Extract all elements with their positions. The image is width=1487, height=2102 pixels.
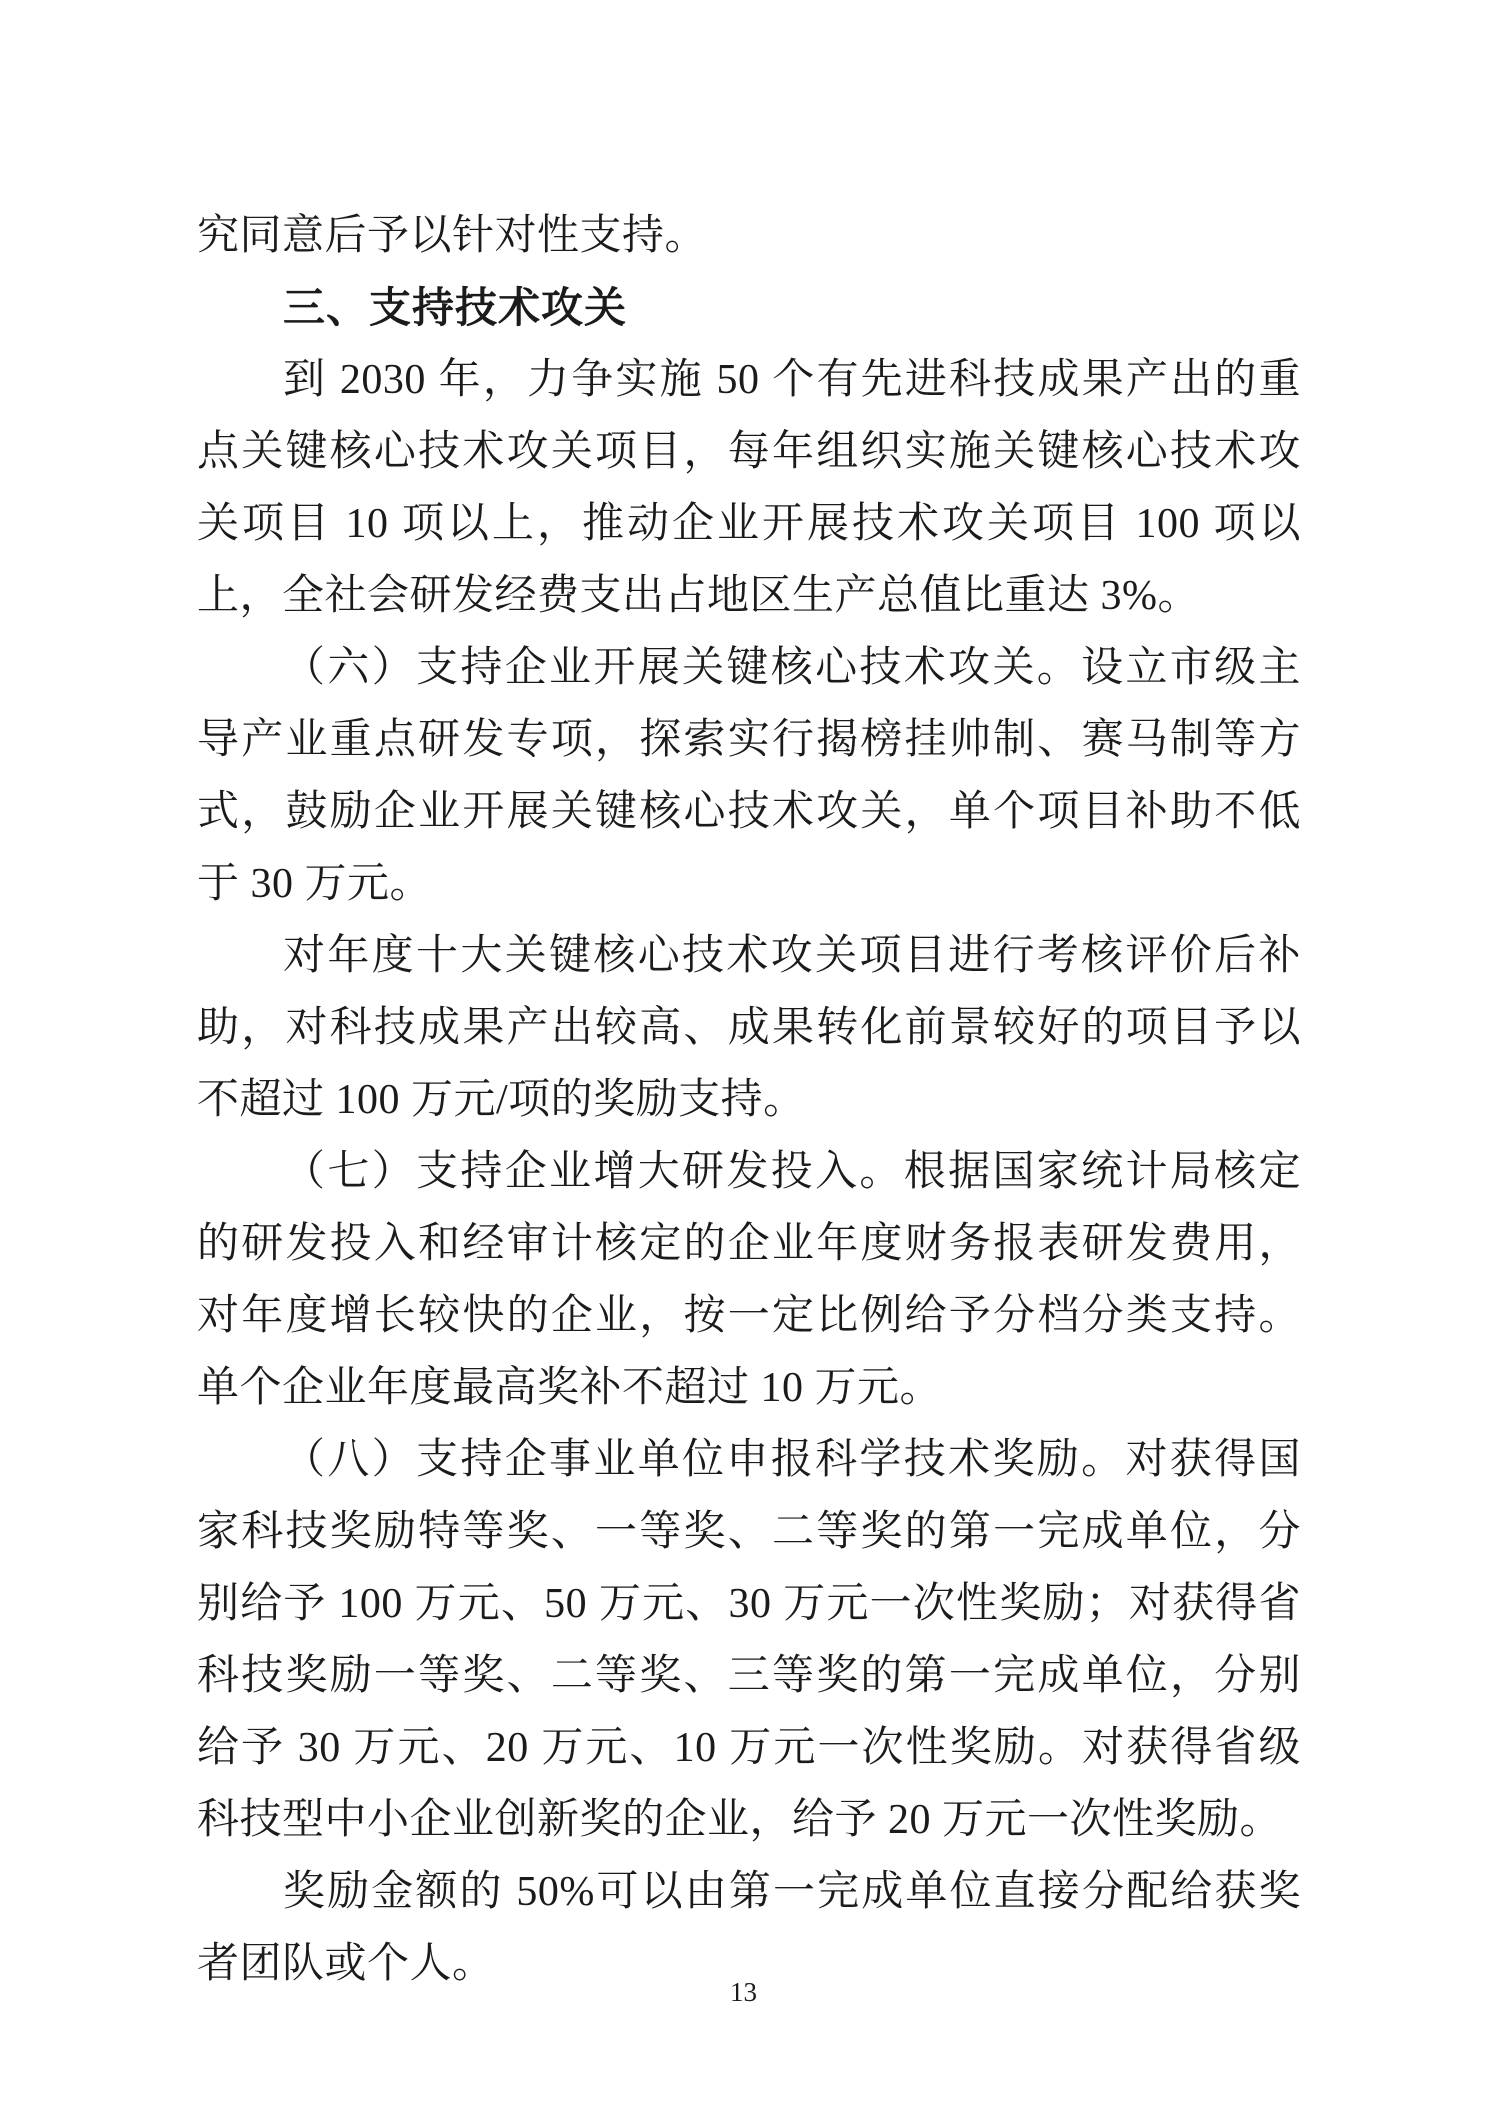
paragraph-item-8: （八）支持企事业单位申报科学技术奖励。对获得国家科技奖励特等奖、一等奖、二等奖的… (197, 1424, 1301, 1856)
paragraph-item-7: （七）支持企业增大研发投入。根据国家统计局核定的研发投入和经审计核定的企业年度财… (197, 1136, 1301, 1424)
paragraph-top10-projects: 对年度十大关键核心技术攻关项目进行考核评价后补助，对科技成果产出较高、成果转化前… (197, 920, 1301, 1136)
continuation-paragraph: 究同意后予以针对性支持。 (197, 200, 1301, 272)
document-body: 究同意后予以针对性支持。 三、支持技术攻关 到 2030 年，力争实施 50 个… (197, 200, 1301, 2000)
document-page: 究同意后予以针对性支持。 三、支持技术攻关 到 2030 年，力争实施 50 个… (0, 0, 1487, 2102)
paragraph-goal-2030: 到 2030 年，力争实施 50 个有先进科技成果产出的重点关键核心技术攻关项目… (197, 344, 1301, 632)
paragraph-item-6: （六）支持企业开展关键核心技术攻关。设立市级主导产业重点研发专项，探索实行揭榜挂… (197, 632, 1301, 920)
section-heading: 三、支持技术攻关 (197, 272, 1301, 344)
page-number: 13 (0, 1972, 1487, 2012)
